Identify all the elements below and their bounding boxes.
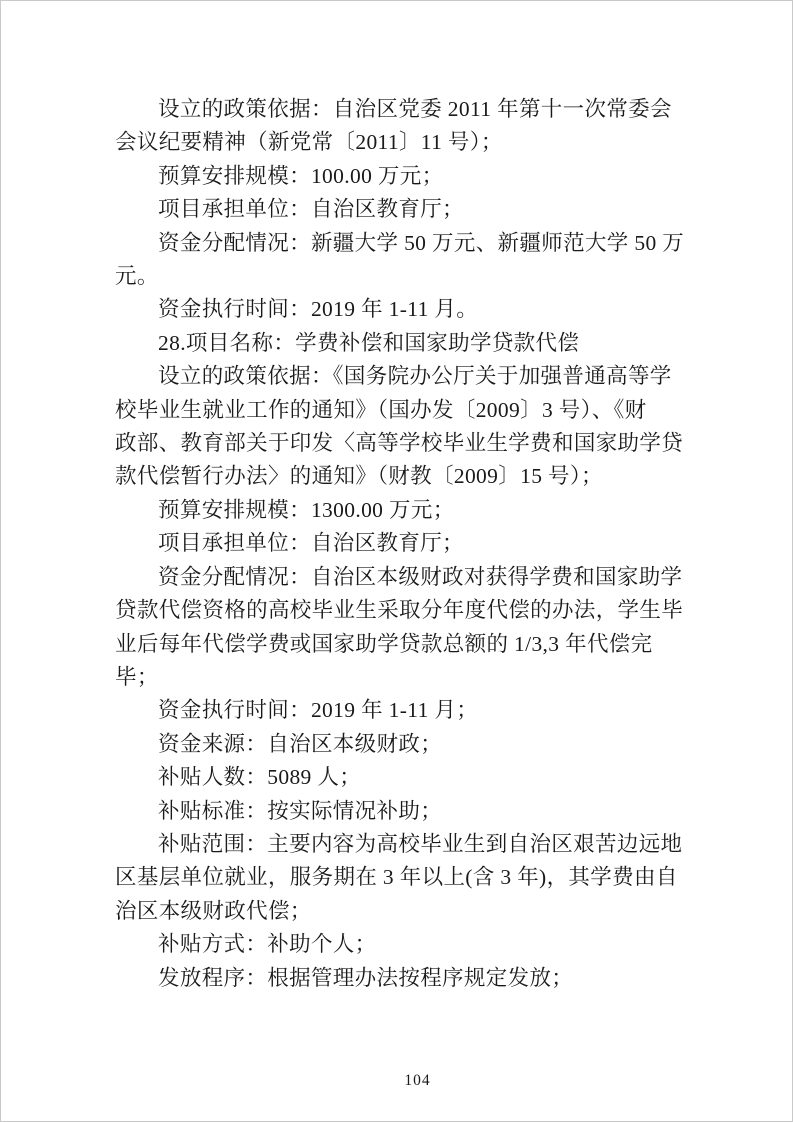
text-line: 贷款代偿资格的高校毕业生采取分年度代偿的办法，学生毕 (115, 594, 687, 627)
text-line: 校毕业生就业工作的通知》（国办发〔2009〕3 号）、《财 (115, 394, 687, 427)
text-line: 预算安排规模：100.00 万元； (115, 160, 687, 193)
text-line: 项目承担单位：自治区教育厅； (115, 527, 687, 560)
document-page: 设立的政策依据：自治区党委 2011 年第十一次常委会会议纪要精神（新党常〔20… (0, 0, 793, 1122)
text-line: 补贴方式：补助个人； (115, 928, 687, 961)
text-line: 资金执行时间：2019 年 1-11 月； (115, 694, 687, 727)
page-footer: 104 (0, 1072, 793, 1090)
text-line: 毕； (115, 661, 687, 694)
text-line: 28.项目名称：学费补偿和国家助学贷款代偿 (115, 327, 687, 360)
text-line: 补贴范围：主要内容为高校毕业生到自治区艰苦边远地 (115, 828, 687, 861)
text-line: 款代偿暂行办法〉的通知》（财教〔2009〕15 号）； (115, 460, 687, 493)
text-line: 项目承担单位：自治区教育厅； (115, 193, 687, 226)
page-number: 104 (404, 1072, 430, 1089)
text-line: 区基层单位就业，服务期在 3 年以上(含 3 年)，其学费由自 (115, 861, 687, 894)
text-line: 业后每年代偿学费或国家助学贷款总额的 1/3,3 年代偿完 (115, 628, 687, 661)
text-line: 补贴人数：5089 人； (115, 761, 687, 794)
text-line: 设立的政策依据：《国务院办公厅关于加强普通高等学 (115, 360, 687, 393)
text-line: 政部、教育部关于印发〈高等学校毕业生学费和国家助学贷 (115, 427, 687, 460)
text-line: 元。 (115, 260, 687, 293)
text-line: 治区本级财政代偿； (115, 895, 687, 928)
text-line: 发放程序：根据管理办法按程序规定发放； (115, 962, 687, 995)
text-line: 设立的政策依据：自治区党委 2011 年第十一次常委会 (115, 93, 687, 126)
text-line: 补贴标准：按实际情况补助； (115, 795, 687, 828)
text-line: 预算安排规模：1300.00 万元； (115, 494, 687, 527)
text-line: 会议纪要精神（新党常〔2011〕11 号）； (115, 126, 687, 159)
text-line: 资金分配情况：新疆大学 50 万元、新疆师范大学 50 万 (115, 227, 687, 260)
text-line: 资金来源：自治区本级财政； (115, 728, 687, 761)
document-body: 设立的政策依据：自治区党委 2011 年第十一次常委会会议纪要精神（新党常〔20… (115, 93, 687, 995)
text-line: 资金分配情况：自治区本级财政对获得学费和国家助学 (115, 561, 687, 594)
text-line: 资金执行时间：2019 年 1-11 月。 (115, 293, 687, 326)
